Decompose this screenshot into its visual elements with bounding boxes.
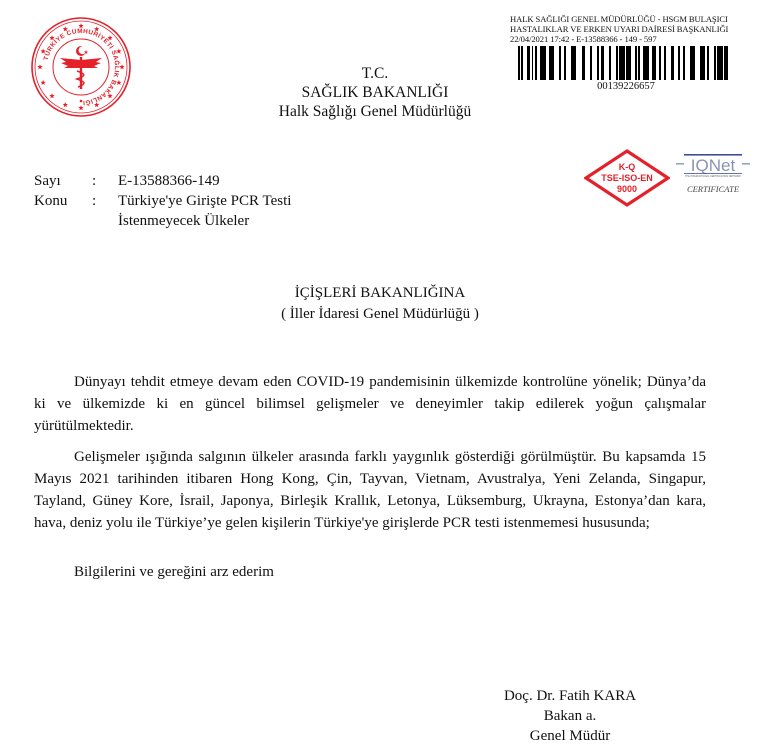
- barcode-bar: [535, 46, 537, 80]
- barcode-bar: [635, 46, 637, 80]
- barcode: [518, 46, 730, 80]
- konu-row: Konu : Türkiye'ye Girişte PCR Testi İste…: [34, 191, 358, 231]
- svg-text:9000: 9000: [617, 184, 637, 194]
- barcode-bar: [597, 46, 599, 80]
- konu-label: Konu: [34, 191, 92, 231]
- barcode-bar: [616, 46, 618, 80]
- svg-text:CERTIFICATE: CERTIFICATE: [687, 184, 740, 194]
- barcode-bar: [724, 46, 727, 80]
- ministry-seal-logo: TÜRKİYE CUMHURİYETİ SAĞLIK BAKANLIĞI: [30, 16, 132, 118]
- barcode-bar: [518, 46, 520, 80]
- document-meta: Sayı : E-13588366-149 Konu : Türkiye'ye …: [34, 171, 358, 231]
- barcode-bar: [678, 46, 680, 80]
- signatory-name: Doç. Dr. Fatih KARA: [488, 686, 652, 706]
- header-directorate: Halk Sağlığı Genel Müdürlüğü: [250, 102, 500, 121]
- barcode-bar: [521, 46, 523, 80]
- barcode-bar: [683, 46, 685, 80]
- kq-diamond-icon: K-Q TSE-ISO-EN 9000: [584, 148, 670, 208]
- konu-value: Türkiye'ye Girişte PCR Testi İstenmeyece…: [118, 191, 358, 231]
- barcode-bar: [717, 46, 722, 80]
- barcode-bar: [690, 46, 695, 80]
- barcode-bar: [601, 46, 604, 80]
- barcode-bar: [619, 46, 624, 80]
- signatory-on-behalf: Bakan a.: [488, 706, 652, 726]
- barcode-bar: [671, 46, 674, 80]
- iqnet-icon: IQNet THE INTERNATIONAL CERTIFICATION NE…: [676, 152, 750, 202]
- svg-text:TSE-ISO-EN: TSE-ISO-EN: [601, 173, 653, 183]
- barcode-bar: [564, 46, 566, 80]
- barcode-bar: [664, 46, 666, 80]
- barcode-bar: [643, 46, 648, 80]
- header-ministry: SAĞLIK BAKANLIĞI: [250, 83, 500, 102]
- addressee: İÇİŞLERİ BAKANLIĞINA ( İller İdaresi Gen…: [240, 283, 520, 325]
- seal-icon: TÜRKİYE CUMHURİYETİ SAĞLIK BAKANLIĞI: [30, 16, 132, 118]
- letterhead: T.C. SAĞLIK BAKANLIĞI Halk Sağlığı Genel…: [250, 64, 500, 121]
- addressee-department: ( İller İdaresi Genel Müdürlüğü ): [240, 304, 520, 325]
- kq-tse-certificate-logo: K-Q TSE-ISO-EN 9000: [584, 148, 670, 208]
- paragraph-2-text: Gelişmeler ışığında salgının ülkeler ara…: [34, 449, 706, 531]
- barcode-bar: [700, 46, 705, 80]
- document-barcode-block: HALK SAĞLIĞI GENEL MÜDÜRLÜĞÜ - HSGM BULA…: [510, 14, 736, 92]
- barcode-header-line1: HALK SAĞLIĞI GENEL MÜDÜRLÜĞÜ - HSGM BULA…: [510, 14, 736, 24]
- sayi-colon: :: [92, 171, 118, 191]
- barcode-bar: [609, 46, 611, 80]
- sayi-label: Sayı: [34, 171, 92, 191]
- closing-line: Bilgilerini ve gereğini arz ederim: [74, 564, 274, 581]
- barcode-bar: [590, 46, 592, 80]
- addressee-ministry: İÇİŞLERİ BAKANLIĞINA: [240, 283, 520, 304]
- svg-text:THE INTERNATIONAL CERTIFICATIO: THE INTERNATIONAL CERTIFICATION NETWORK: [685, 175, 741, 178]
- barcode-header-line3: 22/04/2021 17:42 - E-13588366 - 149 - 59…: [510, 34, 736, 44]
- body-paragraph-1: Dünyayı tehdit etmeye devam eden COVID-1…: [34, 371, 706, 437]
- barcode-number: 00139226657: [516, 81, 736, 92]
- svg-text:IQNet: IQNet: [691, 156, 736, 175]
- sayi-value: E-13588366-149: [118, 171, 358, 191]
- barcode-bar: [652, 46, 655, 80]
- signatory-title: Genel Müdür: [488, 726, 652, 746]
- barcode-bar: [559, 46, 561, 80]
- signature-block: Doç. Dr. Fatih KARA Bakan a. Genel Müdür: [488, 686, 652, 746]
- barcode-bar: [571, 46, 576, 80]
- svg-text:K-Q: K-Q: [619, 162, 636, 172]
- barcode-bar: [638, 46, 640, 80]
- barcode-bar: [707, 46, 709, 80]
- iqnet-certificate-logo: IQNet THE INTERNATIONAL CERTIFICATION NE…: [676, 152, 750, 202]
- body-paragraph-2: Gelişmeler ışığında salgının ülkeler ara…: [34, 446, 706, 534]
- paragraph-1-text: Dünyayı tehdit etmeye devam eden COVID-1…: [34, 374, 706, 434]
- konu-value-line1: Türkiye'ye Girişte PCR Testi: [118, 193, 291, 209]
- sayi-row: Sayı : E-13588366-149: [34, 171, 358, 191]
- barcode-bar: [659, 46, 661, 80]
- barcode-bar: [540, 46, 545, 80]
- barcode-bar: [527, 46, 530, 80]
- barcode-bar: [714, 46, 716, 80]
- konu-value-line2: İstenmeyecek Ülkeler: [118, 213, 249, 229]
- barcode-bar: [626, 46, 631, 80]
- barcode-header-line2: HASTALIKLAR VE ERKEN UYARI DAİRESİ BAŞKA…: [510, 24, 736, 34]
- barcode-bar: [549, 46, 554, 80]
- header-tc: T.C.: [250, 64, 500, 83]
- barcode-bar: [582, 46, 585, 80]
- barcode-bar: [532, 46, 534, 80]
- konu-colon: :: [92, 191, 118, 231]
